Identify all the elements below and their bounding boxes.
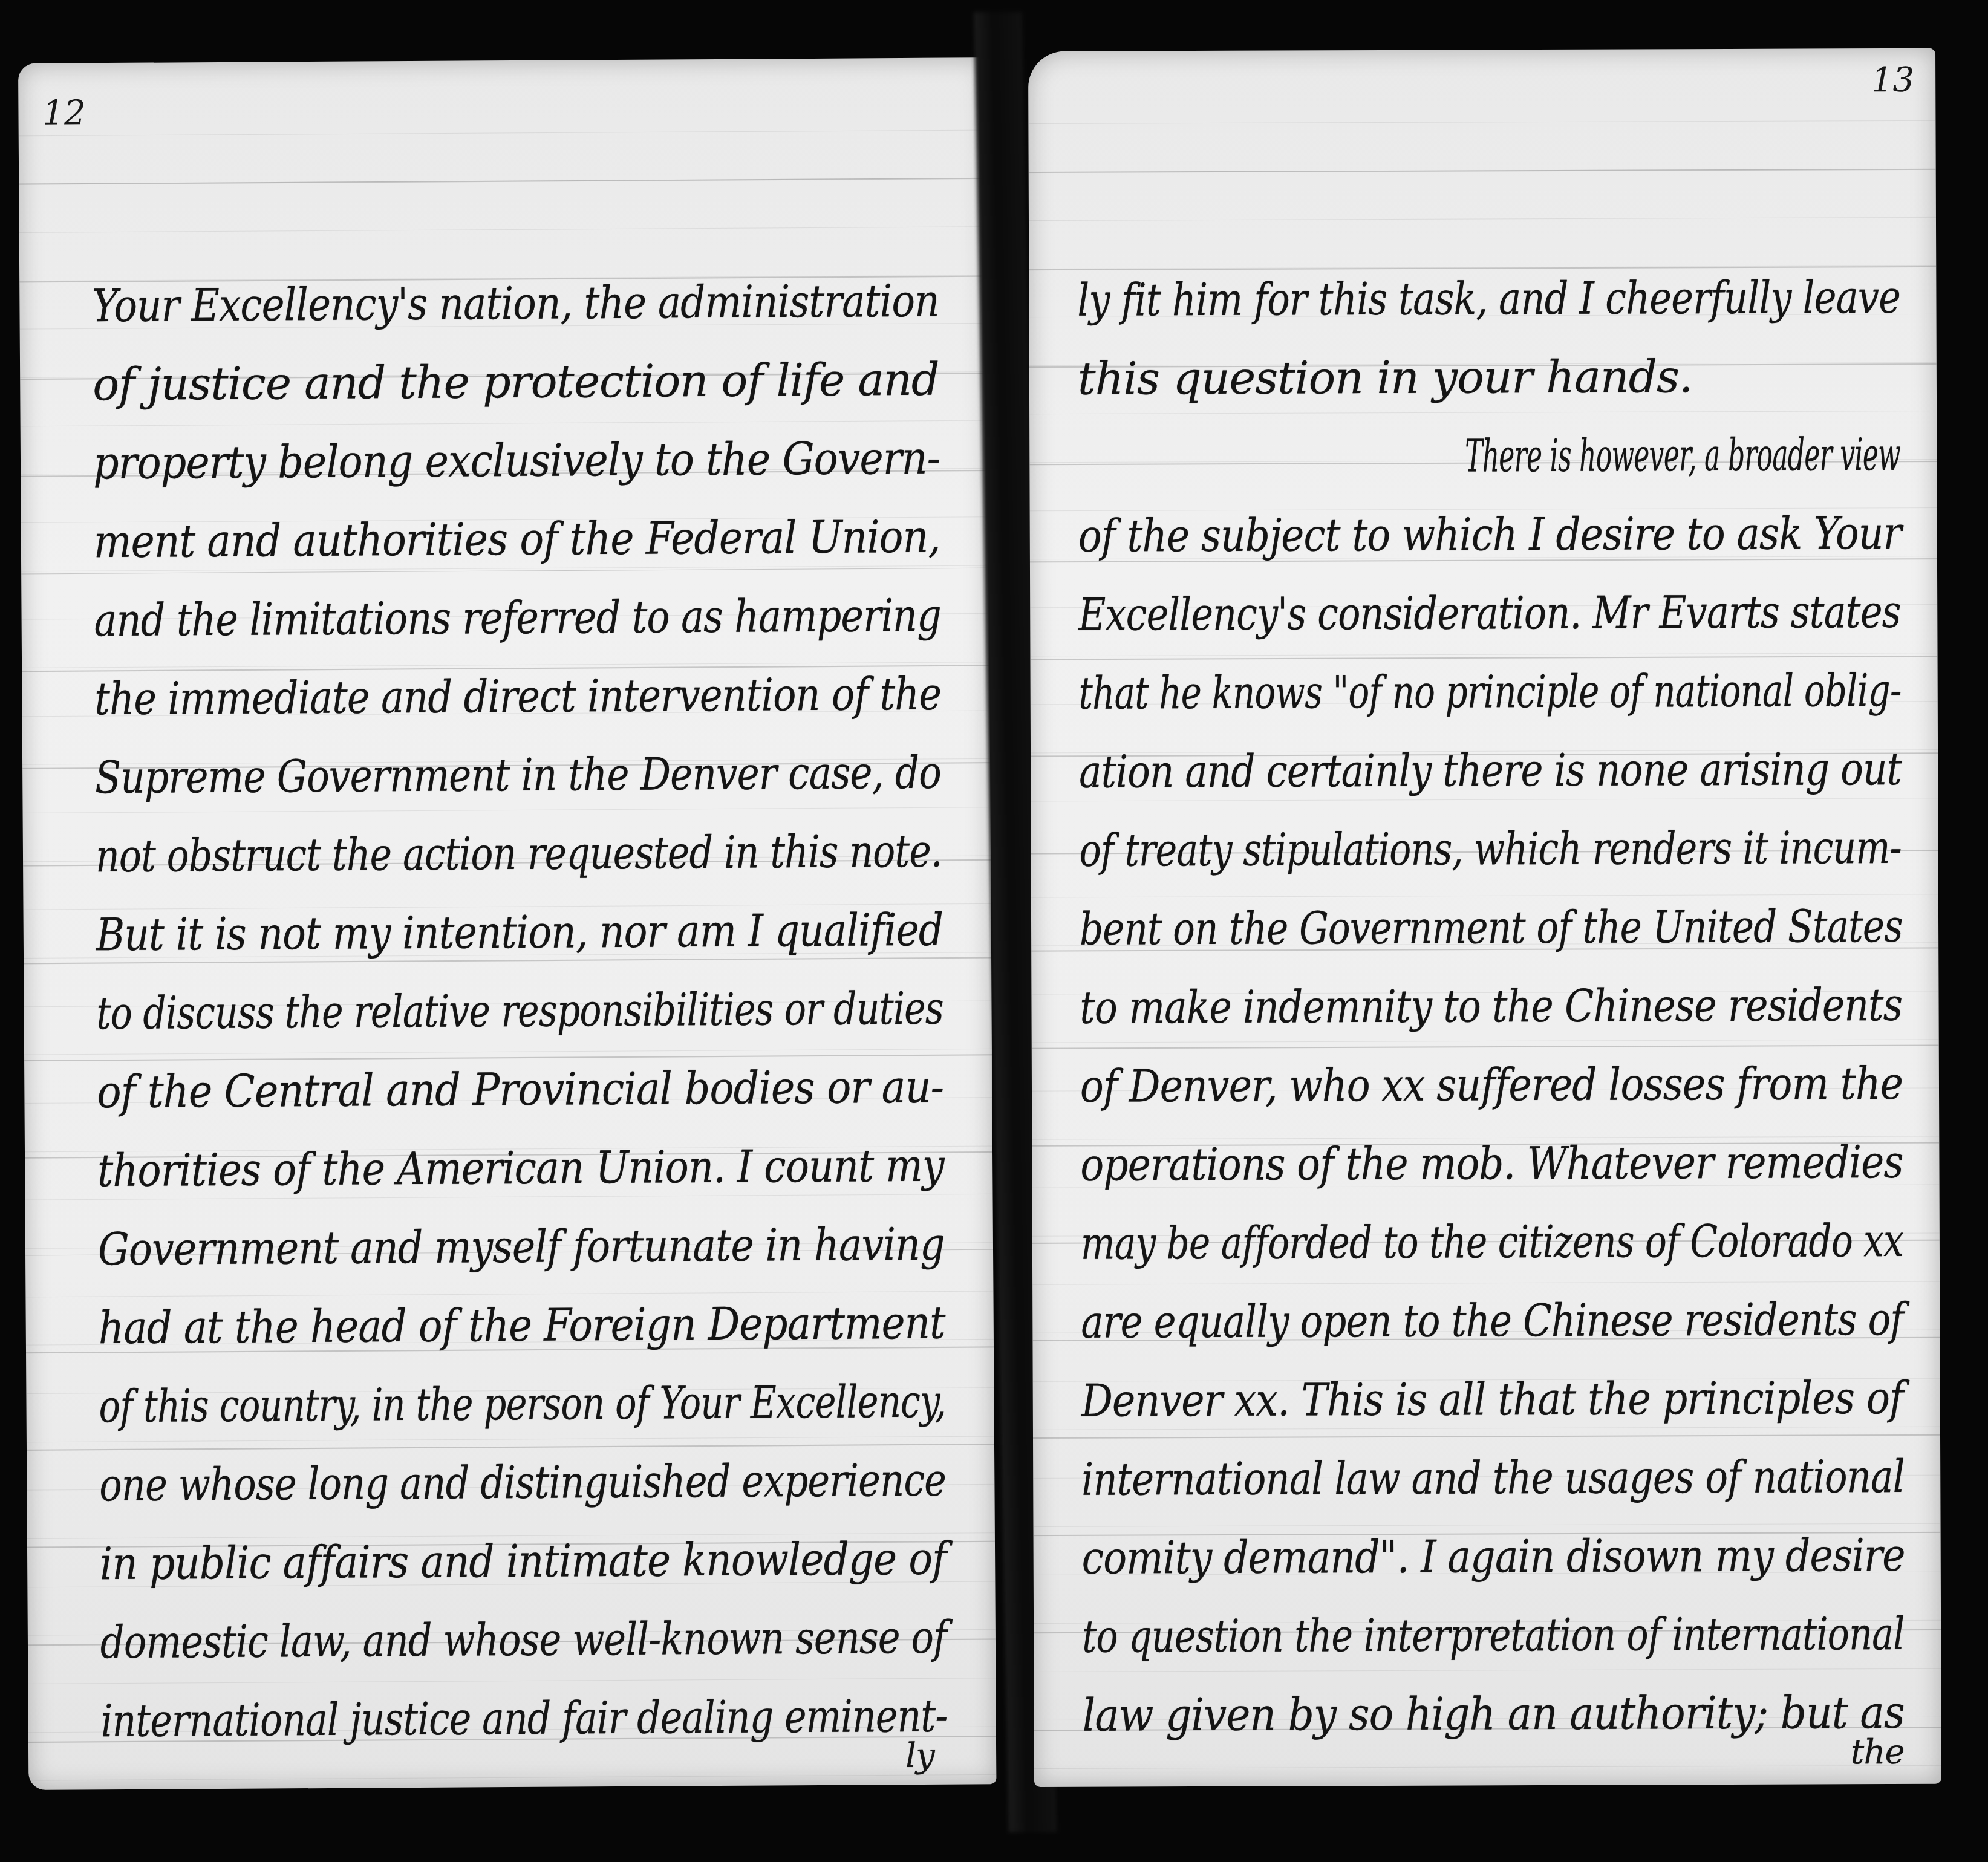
handwritten-line: comity demand". I again disown my desire: [1082, 1533, 1905, 1581]
handwritten-line: and the limitations referred to as hampe…: [94, 593, 941, 643]
right-page: 13 ly fit him for this task, and I cheer…: [1028, 48, 1941, 1787]
handwritten-line: of treaty stipulations, which renders it…: [1079, 825, 1902, 873]
handwritten-line: international law and the usages of nati…: [1081, 1454, 1905, 1502]
handwritten-line: are equally open to the Chinese resident…: [1081, 1297, 1903, 1345]
handwritten-line: ment and authorities of the Federal Unio…: [94, 515, 940, 565]
handwritten-line: ly fit him for this task, and I cheerful…: [1077, 275, 1900, 323]
handwritten-line: may be afforded to the citizens of Color…: [1081, 1219, 1903, 1266]
catchword: the: [1851, 1736, 1905, 1769]
page-number: 12: [42, 93, 86, 132]
handwritten-line: this question in your hands.: [1078, 354, 1693, 402]
handwritten-line: Government and myself fortunate in havin…: [98, 1222, 945, 1272]
catchword: ly: [905, 1739, 934, 1773]
left-page: 12 Your Excellency's nation, the adminis…: [18, 57, 996, 1790]
handwritten-line: There is however, a broader view: [1465, 432, 1900, 479]
handwritten-line: to discuss the relative responsibilities…: [96, 986, 943, 1037]
page-number: 13: [1871, 60, 1914, 100]
handwritten-line: But it is not my intention, nor am I qua…: [96, 908, 943, 958]
handwritten-line: had at the head of the Foreign Departmen…: [99, 1301, 945, 1351]
handwritten-line: Supreme Government in the Denver case, d…: [95, 750, 941, 801]
handwritten-line: bent on the Government of the United Sta…: [1080, 904, 1903, 952]
handwritten-line: of this country, in the person of Your E…: [99, 1379, 946, 1430]
handwritten-line: ation and certainly there is none arisin…: [1079, 747, 1902, 795]
handwritten-line: operations of the mob. Whatever remedies: [1080, 1140, 1903, 1188]
handwritten-line: the immediate and direct intervention of…: [94, 672, 941, 722]
handwritten-line: Excellency's consideration. Mr Evarts st…: [1078, 590, 1901, 637]
handwritten-line: property belong exclusively to the Gover…: [93, 436, 940, 486]
handwritten-line: to make indemnity to the Chinese residen…: [1080, 983, 1902, 1030]
handwritten-line: Your Excellency's nation, the administra…: [92, 279, 939, 329]
handwritten-line: in public affairs and intimate knowledge…: [100, 1537, 947, 1587]
handwritten-line: Denver xx. This is all that the principl…: [1081, 1376, 1904, 1424]
handwritten-line: of Denver, who xx suffered losses from t…: [1080, 1061, 1903, 1109]
handwritten-line: that he knows "of no principle of nation…: [1079, 668, 1902, 716]
handwritten-line: to question the interpretation of intern…: [1082, 1612, 1905, 1659]
handwritten-line: of the subject to which I desire to ask …: [1078, 511, 1902, 559]
handwritten-line: international justice and fair dealing e…: [101, 1694, 948, 1744]
handwritten-line: not obstruct the action requested in thi…: [96, 829, 942, 879]
handwritten-line: of the Central and Provincial bodies or …: [97, 1065, 943, 1115]
handwritten-line: law given by so high an authority; but a…: [1082, 1690, 1904, 1738]
handwritten-line: domestic law, and whose well-known sense…: [100, 1615, 947, 1665]
handwritten-line: of justice and the protection of life an…: [93, 357, 939, 408]
handwritten-line: thorities of the American Union. I count…: [97, 1144, 944, 1194]
handwritten-line: one whose long and distinguished experie…: [99, 1458, 946, 1508]
